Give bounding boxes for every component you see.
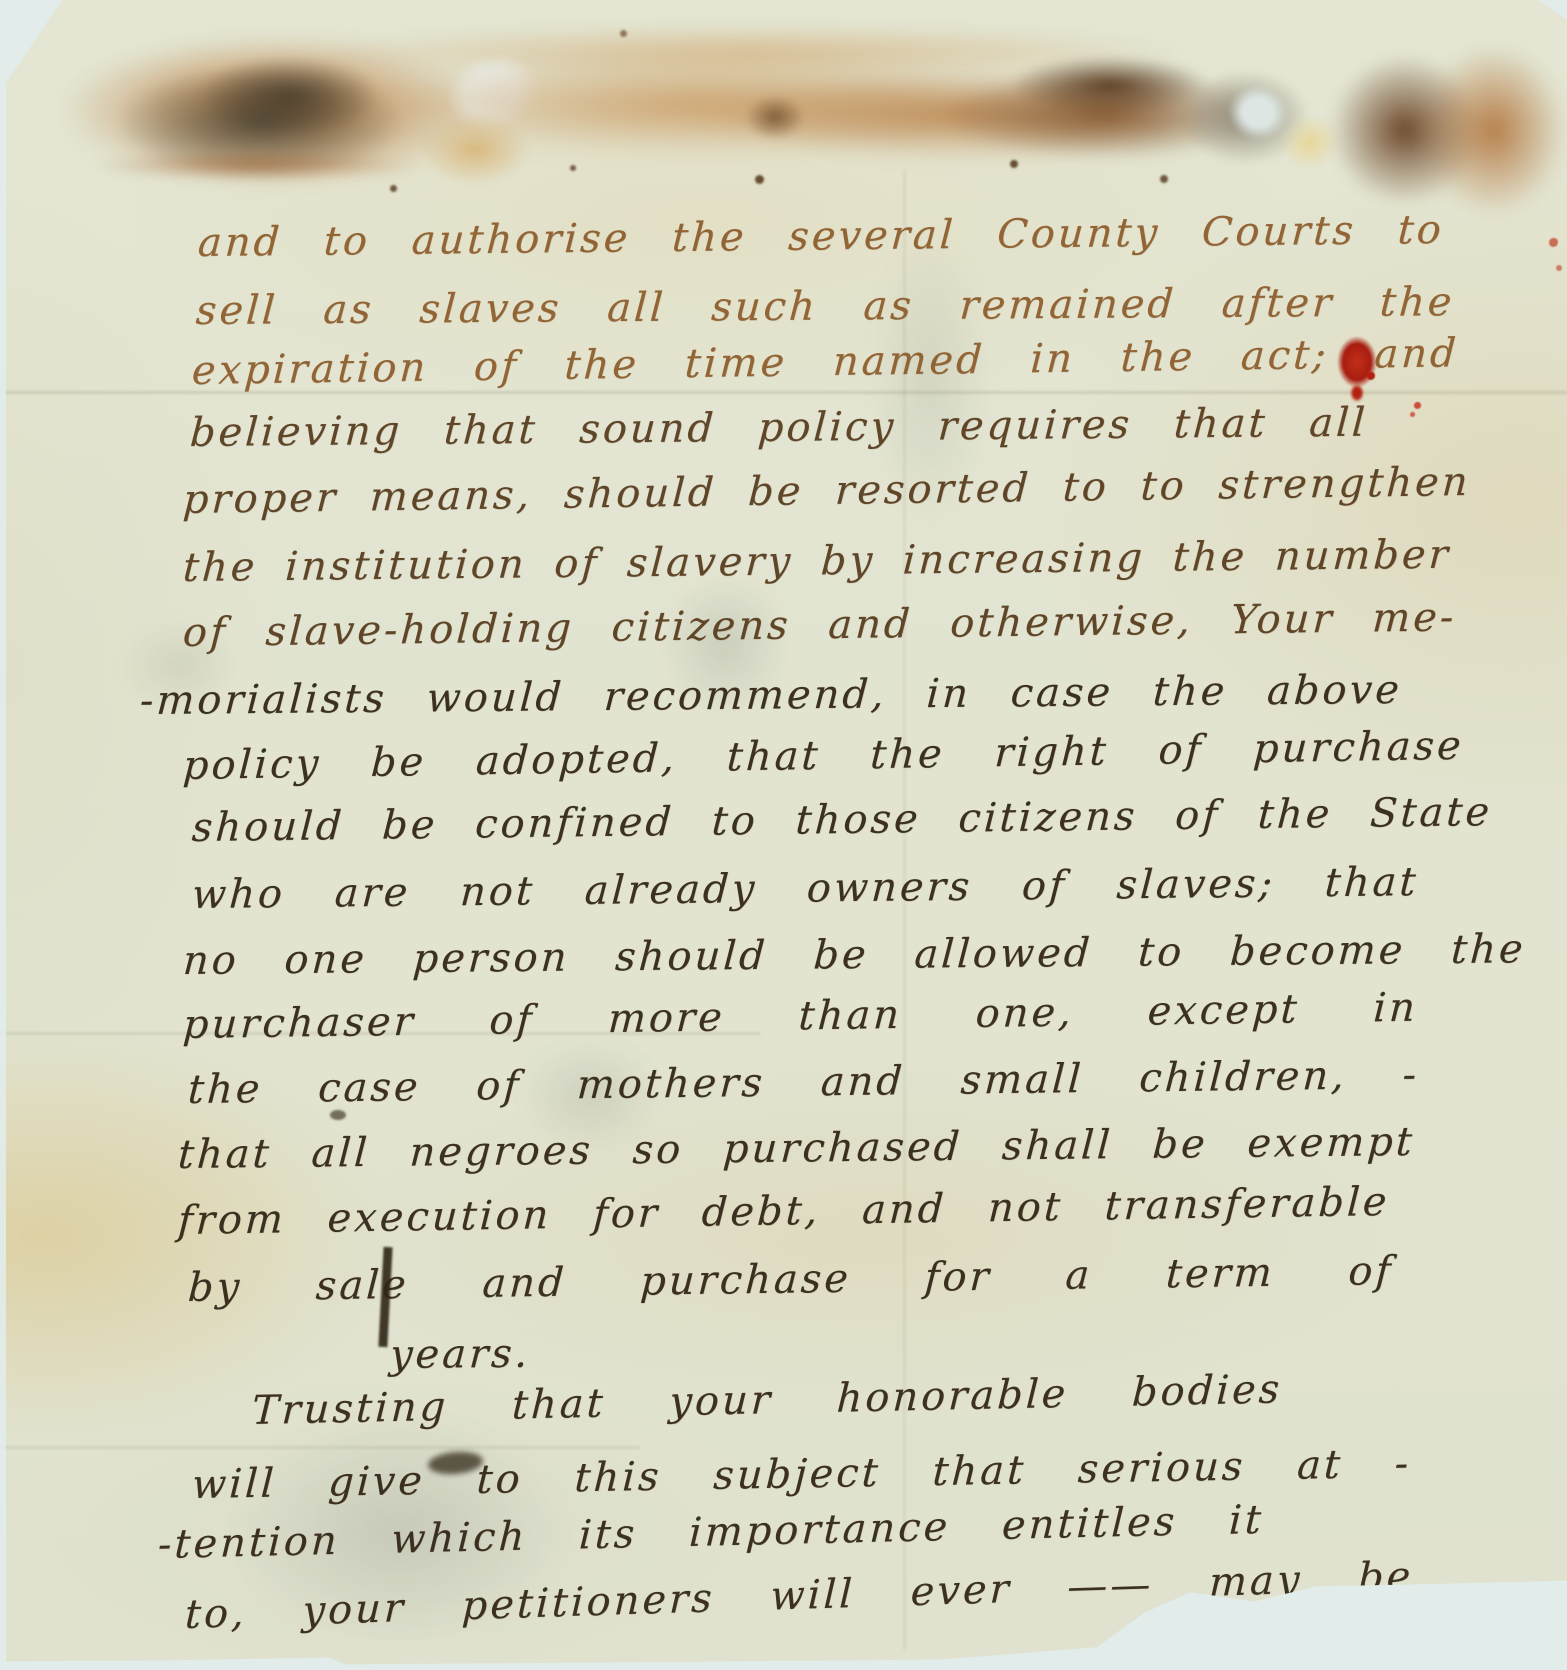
- manuscript-line-12: no one person should be allowed to becom…: [182, 927, 1527, 983]
- manuscript-line-5: proper means, should be resorted to to s…: [182, 460, 1472, 522]
- manuscript-line-15: that all negroes so purchased shall be e…: [177, 1120, 1417, 1177]
- manuscript-line-1: and to authorise the several County Cour…: [197, 208, 1446, 265]
- manuscript-page: and to authorise the several County Cour…: [0, 0, 1567, 1670]
- torn-edge-left: [0, 60, 6, 1670]
- manuscript-line-6: the institution of slavery by increasing…: [182, 533, 1452, 590]
- manuscript-line-18: years.: [389, 1332, 532, 1377]
- manuscript-line-16: from execution for debt, and not transfe…: [177, 1180, 1391, 1243]
- manuscript-line-3: expiration of the time named in the act;…: [191, 331, 1460, 393]
- manuscript-line-14: the case of mothers and small children, …: [187, 1053, 1421, 1112]
- manuscript-line-21: -tention which its importance entitles i…: [157, 1498, 1265, 1567]
- manuscript-line-17: by sale and purchase for a term of: [187, 1249, 1395, 1310]
- manuscript-line-11: who are not already owners of slaves; th…: [191, 860, 1420, 917]
- manuscript-line-2: sell as slaves all such as remained afte…: [195, 280, 1456, 333]
- manuscript-line-9: policy be adopted, that the right of pur…: [182, 724, 1465, 788]
- manuscript-text-layer: and to authorise the several County Cour…: [0, 0, 1567, 1670]
- manuscript-line-7: of slave-holding citizens and otherwise,…: [182, 595, 1458, 655]
- manuscript-line-10: should be confined to those citizens of …: [191, 790, 1494, 850]
- manuscript-line-4: believing that sound policy requires tha…: [189, 401, 1369, 455]
- manuscript-line-13: purchaser of more than one, except in: [182, 986, 1419, 1047]
- manuscript-line-8: -morialists would recommend, in case the…: [139, 668, 1404, 723]
